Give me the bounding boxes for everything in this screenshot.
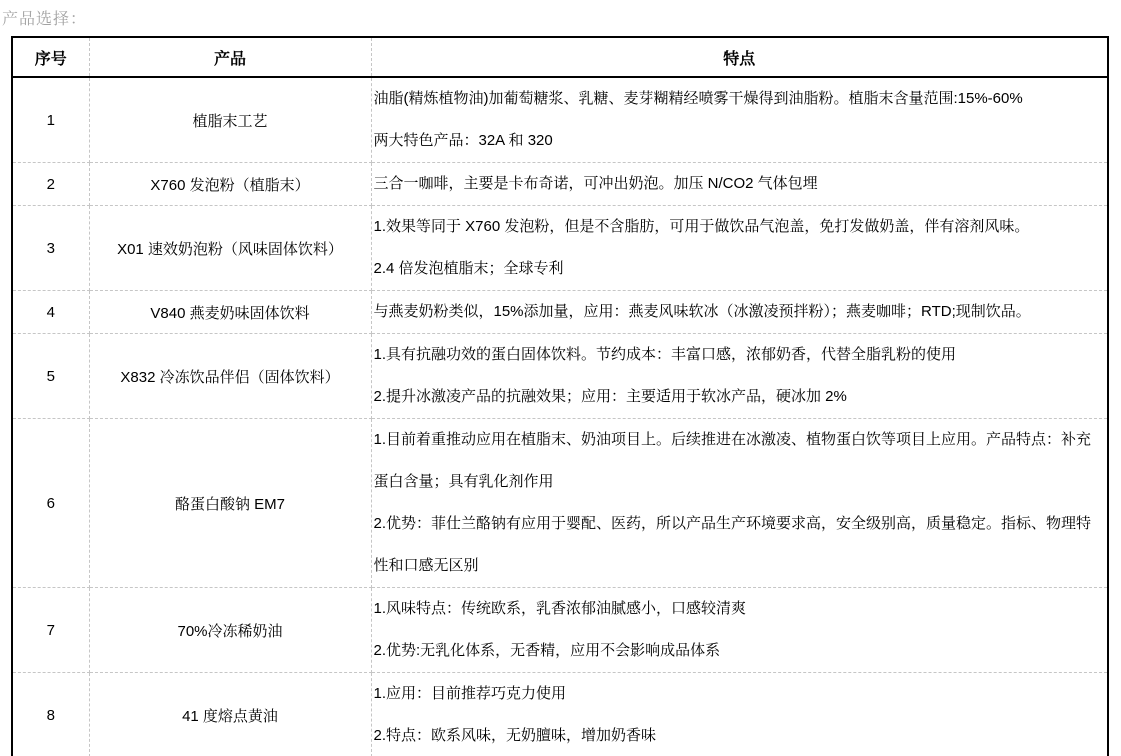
table-row: 1植脂末工艺油脂(精炼植物油)加葡萄糖浆、乳糖、麦芽糊精经喷雾干燥得到油脂粉。植… (12, 77, 1108, 163)
cell-features: 1.具有抗融功效的蛋白固体饮料。节约成本：丰富口感，浓郁奶香，代替全脂乳粉的使用… (371, 334, 1108, 419)
cell-serial-number: 7 (12, 588, 89, 673)
cell-features: 1.效果等同于 X760 发泡粉，但是不含脂肪，可用于做饮品气泡盖，免打发做奶盖… (371, 206, 1108, 291)
cell-serial-number: 3 (12, 206, 89, 291)
column-header-serial: 序号 (12, 37, 89, 77)
cell-product-name: 植脂末工艺 (89, 77, 371, 163)
cell-features: 1.应用：目前推荐巧克力使用2.特点：欧系风味，无奶膻味，增加奶香味 (371, 673, 1108, 756)
page-title: 产品选择： (2, 6, 87, 29)
feature-line: 1.效果等同于 X760 发泡粉，但是不含脂肪，可用于做饮品气泡盖，免打发做奶盖… (374, 206, 1106, 248)
feature-line: 1.目前着重推动应用在植脂末、奶油项目上。后续推进在冰激凌、植物蛋白饮等项目上应… (374, 419, 1106, 503)
column-header-features: 特点 (371, 37, 1108, 77)
cell-serial-number: 8 (12, 673, 89, 756)
feature-line: 三合一咖啡，主要是卡布奇诺，可冲出奶泡。加压 N/CO2 气体包埋 (374, 163, 1106, 205)
table-row: 3X01 速效奶泡粉（风味固体饮料）1.效果等同于 X760 发泡粉，但是不含脂… (12, 206, 1108, 291)
feature-line: 2.提升冰激凌产品的抗融效果；应用：主要适用于软冰产品，硬冰加 2% (374, 376, 1106, 418)
cell-features: 油脂(精炼植物油)加葡萄糖浆、乳糖、麦芽糊精经喷雾干燥得到油脂粉。植脂末含量范围… (371, 77, 1108, 163)
cell-serial-number: 5 (12, 334, 89, 419)
cell-features: 1.风味特点：传统欧系，乳香浓郁油腻感小，口感较清爽2.优势:无乳化体系，无香精… (371, 588, 1108, 673)
header-row: 序号 产品 特点 (12, 37, 1108, 77)
table-row: 770%冷冻稀奶油1.风味特点：传统欧系，乳香浓郁油腻感小，口感较清爽2.优势:… (12, 588, 1108, 673)
feature-line: 1.应用：目前推荐巧克力使用 (374, 673, 1106, 715)
cell-serial-number: 1 (12, 77, 89, 163)
cell-product-name: 酪蛋白酸钠 EM7 (89, 419, 371, 588)
cell-features: 与燕麦奶粉类似，15%添加量，应用：燕麦风味软冰（冰激凌预拌粉）；燕麦咖啡；RT… (371, 291, 1108, 334)
column-header-product: 产品 (89, 37, 371, 77)
product-table: 序号 产品 特点 1植脂末工艺油脂(精炼植物油)加葡萄糖浆、乳糖、麦芽糊精经喷雾… (11, 36, 1109, 756)
cell-product-name: 70%冷冻稀奶油 (89, 588, 371, 673)
feature-line: 1.风味特点：传统欧系，乳香浓郁油腻感小，口感较清爽 (374, 588, 1106, 630)
feature-line: 油脂(精炼植物油)加葡萄糖浆、乳糖、麦芽糊精经喷雾干燥得到油脂粉。植脂末含量范围… (374, 78, 1106, 120)
cell-features: 三合一咖啡，主要是卡布奇诺，可冲出奶泡。加压 N/CO2 气体包埋 (371, 163, 1108, 206)
table-row: 4V840 燕麦奶味固体饮料与燕麦奶粉类似，15%添加量，应用：燕麦风味软冰（冰… (12, 291, 1108, 334)
feature-line: 与燕麦奶粉类似，15%添加量，应用：燕麦风味软冰（冰激凌预拌粉）；燕麦咖啡；RT… (374, 291, 1106, 333)
table-row: 2X760 发泡粉（植脂末）三合一咖啡，主要是卡布奇诺，可冲出奶泡。加压 N/C… (12, 163, 1108, 206)
feature-line: 2.优势：菲仕兰酪钠有应用于婴配、医药，所以产品生产环境要求高，安全级别高，质量… (374, 503, 1106, 587)
cell-product-name: X01 速效奶泡粉（风味固体饮料） (89, 206, 371, 291)
cell-product-name: V840 燕麦奶味固体饮料 (89, 291, 371, 334)
table-row: 5X832 冷冻饮品伴侣（固体饮料）1.具有抗融功效的蛋白固体饮料。节约成本：丰… (12, 334, 1108, 419)
cell-serial-number: 6 (12, 419, 89, 588)
cell-product-name: X832 冷冻饮品伴侣（固体饮料） (89, 334, 371, 419)
cell-product-name: 41 度熔点黄油 (89, 673, 371, 756)
cell-serial-number: 2 (12, 163, 89, 206)
table-row: 841 度熔点黄油1.应用：目前推荐巧克力使用2.特点：欧系风味，无奶膻味，增加… (12, 673, 1108, 756)
cell-features: 1.目前着重推动应用在植脂末、奶油项目上。后续推进在冰激凌、植物蛋白饮等项目上应… (371, 419, 1108, 588)
cell-product-name: X760 发泡粉（植脂末） (89, 163, 371, 206)
cell-serial-number: 4 (12, 291, 89, 334)
feature-line: 两大特色产品：32A 和 320 (374, 120, 1106, 162)
table-body: 1植脂末工艺油脂(精炼植物油)加葡萄糖浆、乳糖、麦芽糊精经喷雾干燥得到油脂粉。植… (12, 77, 1108, 756)
document-page: 产品选择： 序号 产品 特点 1植脂末工艺油脂(精炼植物油)加葡萄糖浆、乳糖、麦… (0, 0, 1121, 756)
feature-line: 2.特点：欧系风味，无奶膻味，增加奶香味 (374, 715, 1106, 756)
table-row: 6酪蛋白酸钠 EM71.目前着重推动应用在植脂末、奶油项目上。后续推进在冰激凌、… (12, 419, 1108, 588)
feature-line: 2.优势:无乳化体系，无香精，应用不会影响成品体系 (374, 630, 1106, 672)
feature-line: 1.具有抗融功效的蛋白固体饮料。节约成本：丰富口感，浓郁奶香，代替全脂乳粉的使用 (374, 334, 1106, 376)
feature-line: 2.4 倍发泡植脂末；全球专利 (374, 248, 1106, 290)
